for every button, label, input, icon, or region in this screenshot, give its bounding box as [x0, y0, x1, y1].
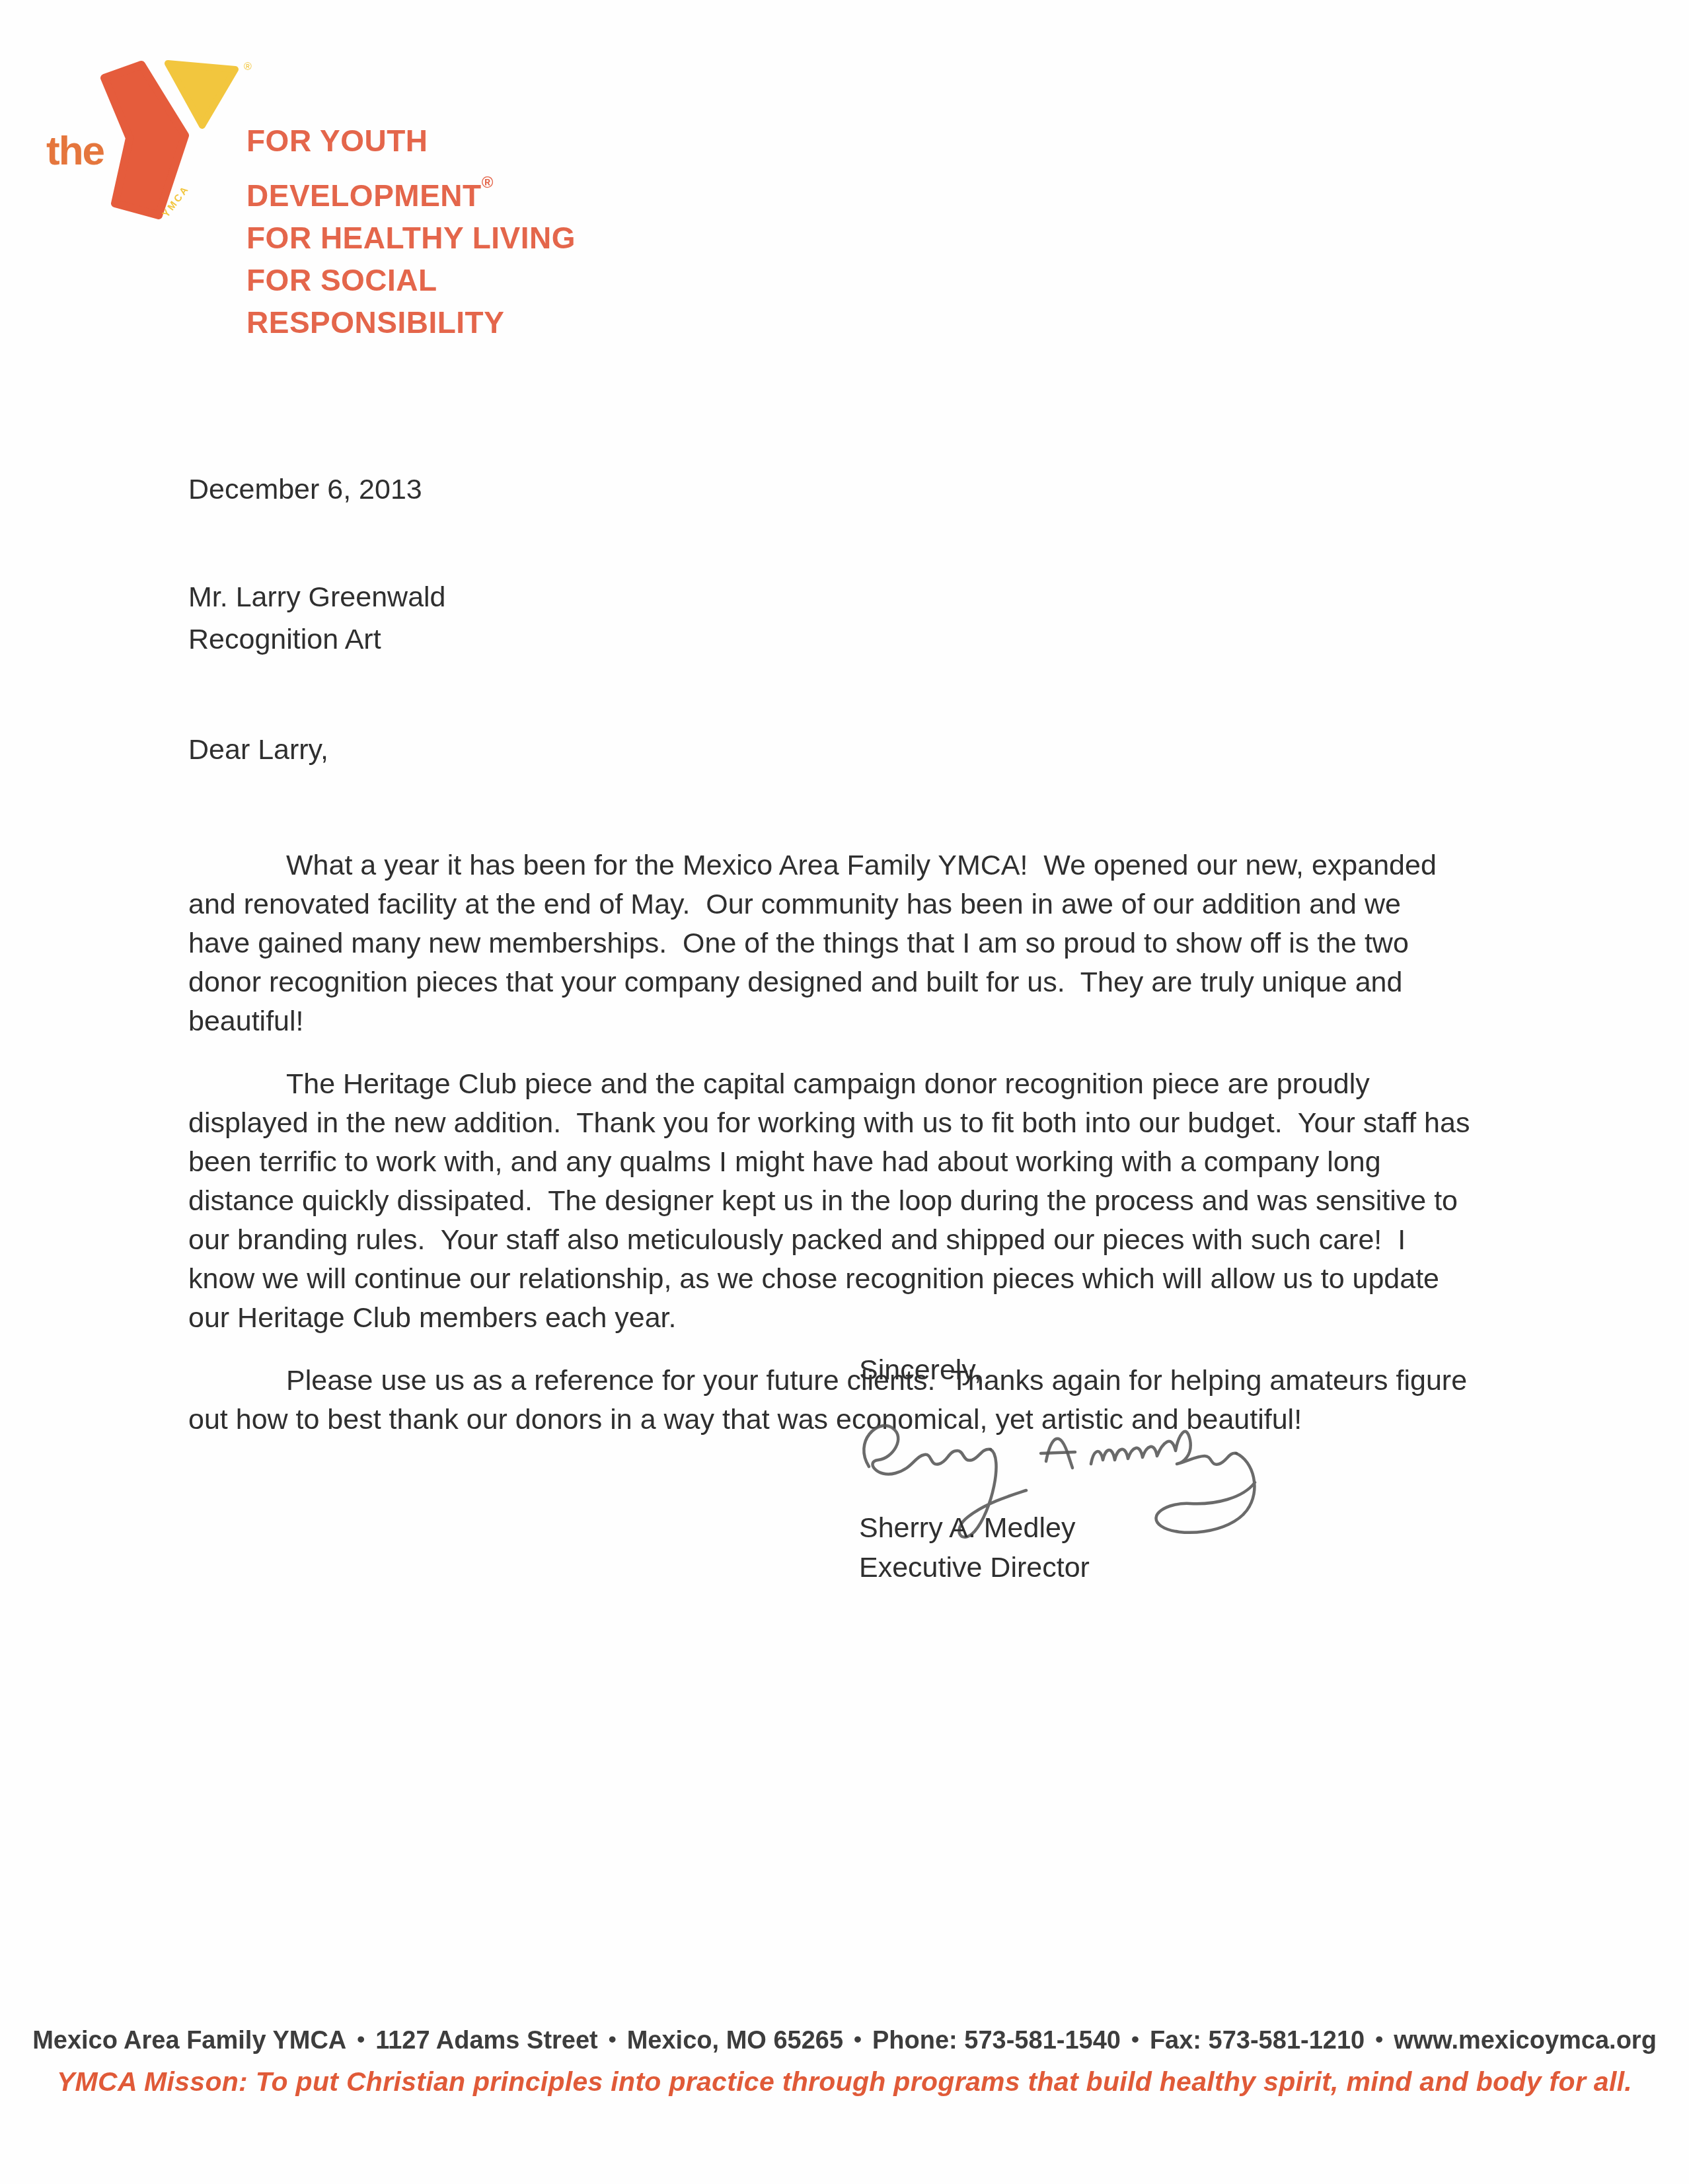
signer-block: Sherry A. Medley Executive Director	[859, 1508, 1090, 1587]
ymca-y-chevron-shape	[104, 65, 185, 215]
tagline-registered-symbol: ®	[482, 174, 494, 192]
footer-bullet: •	[357, 2027, 365, 2053]
footer-bullet: •	[609, 2027, 617, 2053]
letter-body: December 6, 2013 Mr. Larry Greenwald Rec…	[188, 470, 1470, 1463]
tagline-healthy-living: FOR HEALTHY LIVING	[246, 217, 641, 259]
footer-website: www.mexicoymca.org	[1394, 2027, 1657, 2055]
tagline-youth-development: FOR YOUTH DEVELOPMENT®	[246, 120, 641, 217]
ymca-logo-the-label: the	[46, 127, 104, 174]
footer-bullet: •	[1131, 2027, 1139, 2053]
ymca-logo-registered-icon: ®	[244, 61, 252, 73]
paragraph-2: The Heritage Club piece and the capital …	[188, 1065, 1470, 1338]
footer-fax: Fax: 573-581-1210	[1150, 2027, 1365, 2055]
closing: Sincerely,	[859, 1350, 982, 1390]
footer-phone: Phone: 573-581-1540	[872, 2027, 1121, 2055]
ymca-y-logo-icon: ® YMCA	[99, 58, 254, 223]
recipient-company: Recognition Art	[188, 618, 1470, 661]
recipient-name: Mr. Larry Greenwald	[188, 576, 1470, 618]
footer-street: 1127 Adams Street	[375, 2027, 598, 2055]
paragraph-3: Please use us as a reference for your fu…	[188, 1362, 1470, 1439]
footer-bullet: •	[1375, 2027, 1383, 2053]
scanned-letter-page: the ® YMCA FOR YOUTH DEVELOPMENT® FOR HE…	[0, 0, 1689, 2184]
signer-title: Executive Director	[859, 1548, 1090, 1587]
letter-date: December 6, 2013	[188, 470, 1470, 509]
signer-name: Sherry A. Medley	[859, 1508, 1090, 1548]
footer-city: Mexico, MO 65265	[627, 2027, 843, 2055]
salutation: Dear Larry,	[188, 731, 1470, 770]
footer-bullet: •	[854, 2027, 862, 2053]
footer-mission-statement: YMCA Misson: To put Christian principles…	[0, 2066, 1689, 2097]
paragraph-1: What a year it has been for the Mexico A…	[188, 846, 1470, 1041]
ymca-y-triangle-shape	[168, 63, 235, 126]
tagline-social-responsibility: FOR SOCIAL RESPONSIBILITY	[246, 259, 641, 344]
ymca-taglines: FOR YOUTH DEVELOPMENT® FOR HEALTHY LIVIN…	[246, 120, 641, 344]
ymca-logo: the ® YMCA FOR YOUTH DEVELOPMENT® FOR HE…	[46, 56, 641, 228]
recipient-block: Mr. Larry Greenwald Recognition Art	[188, 576, 1470, 661]
footer-org: Mexico Area Family YMCA	[32, 2027, 346, 2055]
footer-contact-line: Mexico Area Family YMCA•1127 Adams Stree…	[0, 2027, 1689, 2055]
